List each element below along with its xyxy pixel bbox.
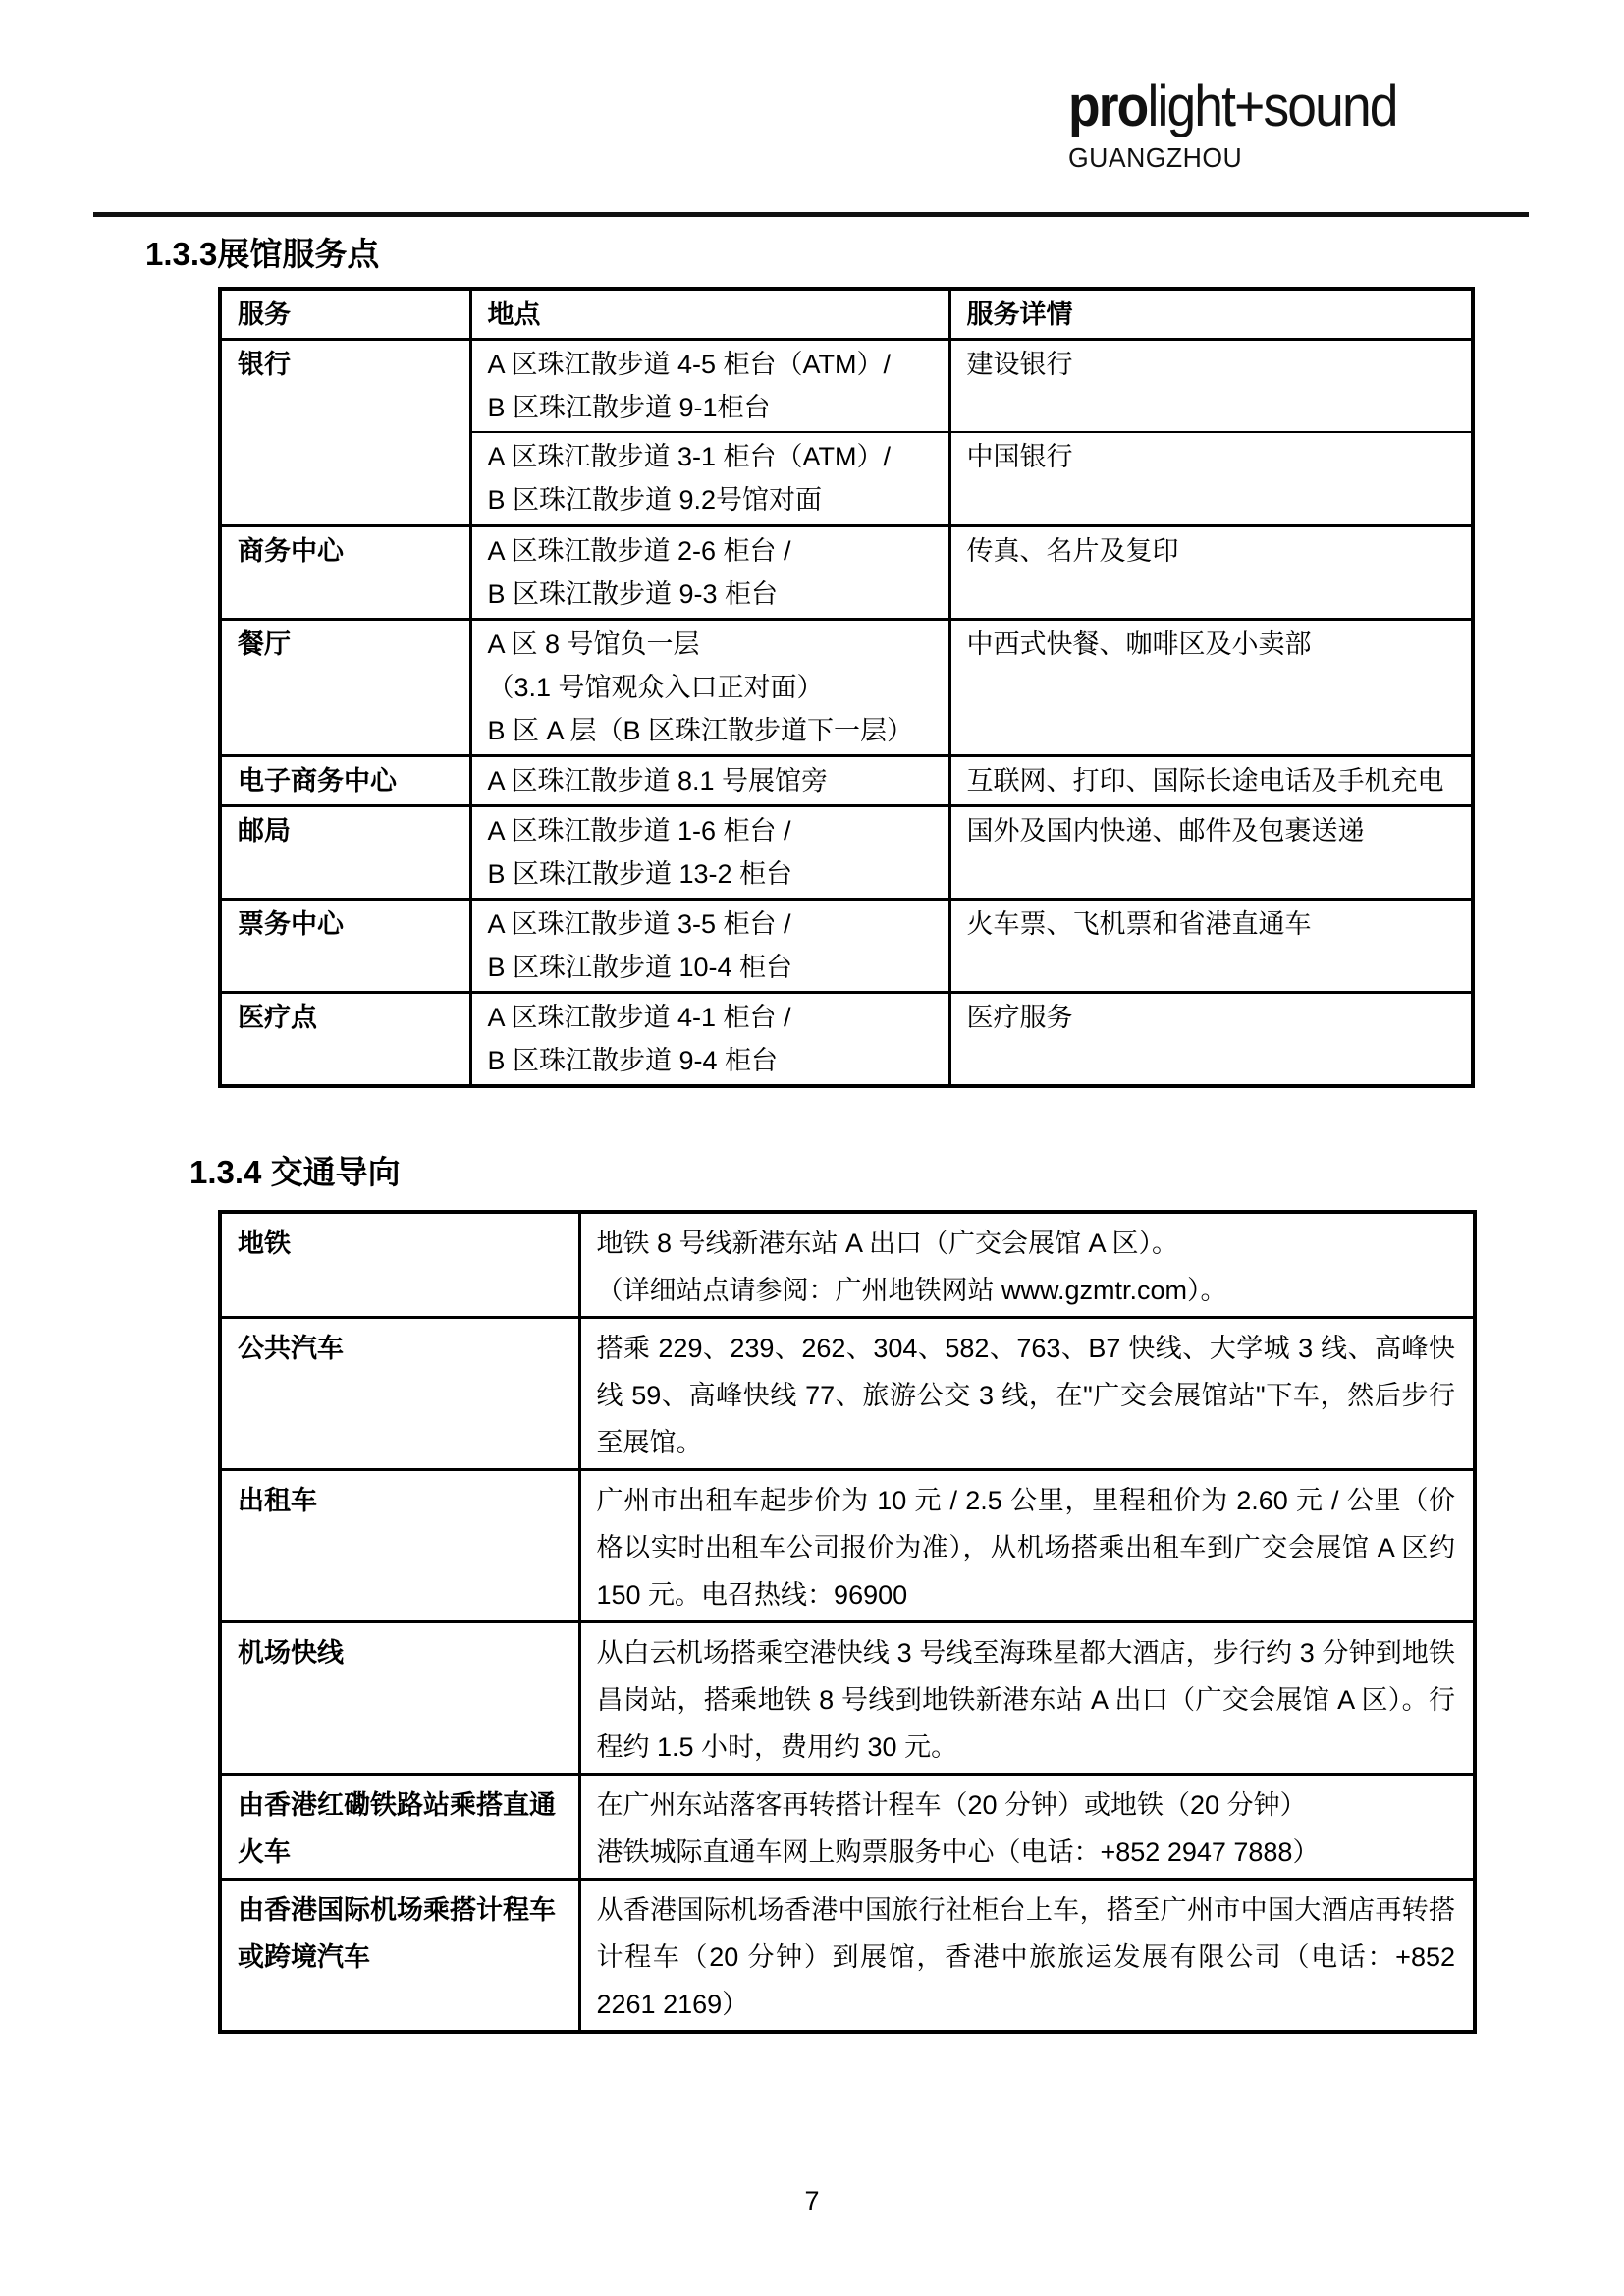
transport-mode-cell: 公共汽车 xyxy=(220,1318,579,1470)
transport-detail-cell: 搭乘 229、239、262、304、582、763、B7 快线、大学城 3 线… xyxy=(579,1318,1475,1470)
service-detail-cell: 医疗服务 xyxy=(949,992,1473,1086)
service-location-cell: A 区珠江散步道 8.1 号展馆旁 xyxy=(470,755,949,805)
service-detail-cell: 中西式快餐、咖啡区及小卖部 xyxy=(949,619,1473,755)
service-name-cell: 餐厅 xyxy=(220,619,470,755)
transport-detail-cell: 在广州东站落客再转搭计程车（20 分钟）或地铁（20 分钟） 港铁城际直通车网上… xyxy=(579,1775,1475,1880)
service-location-cell: A 区珠江散步道 3-5 柜台 / B 区珠江散步道 10-4 柜台 xyxy=(470,899,949,992)
services-table: 服务 地点 服务详情 银行 A 区珠江散步道 4-5 柜台（ATM）/ B 区珠… xyxy=(218,287,1475,1088)
transport-mode-cell: 由香港红磡铁路站乘搭直通 火车 xyxy=(220,1775,579,1880)
table-row-taxi: 出租车 广州市出租车起步价为 10 元 / 2.5 公里，里程租价为 2.60 … xyxy=(220,1470,1475,1622)
logo-wordmark-bold: pro xyxy=(1068,75,1147,138)
document-page: prolight+sound GUANGZHOU 1.3.3展馆服务点 服务 地… xyxy=(0,0,1624,2296)
service-detail-cell: 传真、名片及复印 xyxy=(949,525,1473,619)
table-row-business-center: 商务中心 A 区珠江散步道 2-6 柜台 / B 区珠江散步道 9-3 柜台 传… xyxy=(220,525,1473,619)
service-detail-cell: 互联网、打印、国际长途电话及手机充电 xyxy=(949,755,1473,805)
service-detail-cell: 中国银行 xyxy=(949,432,1473,525)
logo-wordmark: prolight+sound xyxy=(1068,79,1397,136)
service-detail-cell: 国外及国内快递、邮件及包裹送递 xyxy=(949,805,1473,899)
transport-detail-cell: 从香港国际机场香港中国旅行社柜台上车，搭至广州市中国大酒店再转搭计程车（20 分… xyxy=(579,1880,1475,2033)
table-row-metro: 地铁 地铁 8 号线新港东站 A 出口（广交会展馆 A 区）。 （详细站点请参阅… xyxy=(220,1212,1475,1318)
service-location-cell: A 区珠江散步道 4-1 柜台 / B 区珠江散步道 9-4 柜台 xyxy=(470,992,949,1086)
table-row-post-office: 邮局 A 区珠江散步道 1-6 柜台 / B 区珠江散步道 13-2 柜台 国外… xyxy=(220,805,1473,899)
table-row-restaurant: 餐厅 A 区 8 号馆负一层 （3.1 号馆观众入口正对面） B 区 A 层（B… xyxy=(220,619,1473,755)
service-name-cell: 邮局 xyxy=(220,805,470,899)
transport-detail-cell: 从白云机场搭乘空港快线 3 号线至海珠星都大酒店，步行约 3 分钟到地铁昌岗站，… xyxy=(579,1622,1475,1775)
transport-table: 地铁 地铁 8 号线新港东站 A 出口（广交会展馆 A 区）。 （详细站点请参阅… xyxy=(218,1210,1477,2034)
section-title-services: 1.3.3展馆服务点 xyxy=(145,229,379,275)
service-location-cell: A 区珠江散步道 3-1 柜台（ATM）/ B 区珠江散步道 9.2号馆对面 xyxy=(470,432,949,525)
service-detail-cell: 火车票、飞机票和省港直通车 xyxy=(949,899,1473,992)
service-name-cell: 电子商务中心 xyxy=(220,755,470,805)
transport-mode-cell: 地铁 xyxy=(220,1212,579,1318)
transport-detail-cell: 地铁 8 号线新港东站 A 出口（广交会展馆 A 区）。 （详细站点请参阅：广州… xyxy=(579,1212,1475,1318)
header-divider xyxy=(93,212,1529,217)
table-row-ecommerce-center: 电子商务中心 A 区珠江散步道 8.1 号展馆旁 互联网、打印、国际长途电话及手… xyxy=(220,755,1473,805)
table-row-bus: 公共汽车 搭乘 229、239、262、304、582、763、B7 快线、大学… xyxy=(220,1318,1475,1470)
service-location-cell: A 区珠江散步道 1-6 柜台 / B 区珠江散步道 13-2 柜台 xyxy=(470,805,949,899)
section-title-transport: 1.3.4 交通导向 xyxy=(189,1147,401,1193)
service-location-cell: A 区 8 号馆负一层 （3.1 号馆观众入口正对面） B 区 A 层（B 区珠… xyxy=(470,619,949,755)
transport-mode-cell: 出租车 xyxy=(220,1470,579,1622)
service-name-cell: 银行 xyxy=(220,340,470,526)
service-location-cell: A 区珠江散步道 2-6 柜台 / B 区珠江散步道 9-3 柜台 xyxy=(470,525,949,619)
service-detail-cell: 建设银行 xyxy=(949,340,1473,433)
table-row-ticket-center: 票务中心 A 区珠江散步道 3-5 柜台 / B 区珠江散步道 10-4 柜台 … xyxy=(220,899,1473,992)
service-name-cell: 票务中心 xyxy=(220,899,470,992)
col-header-location: 地点 xyxy=(470,289,949,340)
transport-detail-cell: 广州市出租车起步价为 10 元 / 2.5 公里，里程租价为 2.60 元 / … xyxy=(579,1470,1475,1622)
table-row-medical-point: 医疗点 A 区珠江散步道 4-1 柜台 / B 区珠江散步道 9-4 柜台 医疗… xyxy=(220,992,1473,1086)
col-header-detail: 服务详情 xyxy=(949,289,1473,340)
service-name-cell: 医疗点 xyxy=(220,992,470,1086)
table-row-airport-express: 机场快线 从白云机场搭乘空港快线 3 号线至海珠星都大酒店，步行约 3 分钟到地… xyxy=(220,1622,1475,1775)
logo-wordmark-light: light+sound xyxy=(1147,75,1396,138)
transport-mode-cell: 由香港国际机场乘搭计程车 或跨境汽车 xyxy=(220,1880,579,2033)
service-location-cell: A 区珠江散步道 4-5 柜台（ATM）/ B 区珠江散步道 9-1柜台 xyxy=(470,340,949,433)
table-row-hkairport-coach: 由香港国际机场乘搭计程车 或跨境汽车 从香港国际机场香港中国旅行社柜台上车，搭至… xyxy=(220,1880,1475,2033)
service-name-cell: 商务中心 xyxy=(220,525,470,619)
table-row-hunghom-train: 由香港红磡铁路站乘搭直通 火车 在广州东站落客再转搭计程车（20 分钟）或地铁（… xyxy=(220,1775,1475,1880)
services-header-row: 服务 地点 服务详情 xyxy=(220,289,1473,340)
col-header-service: 服务 xyxy=(220,289,470,340)
logo-city-label: GUANGZHOU xyxy=(1068,142,1408,174)
transport-mode-cell: 机场快线 xyxy=(220,1622,579,1775)
page-number: 7 xyxy=(0,2186,1624,2216)
header-logo: prolight+sound GUANGZHOU xyxy=(1068,79,1426,174)
table-row-bank-1: 银行 A 区珠江散步道 4-5 柜台（ATM）/ B 区珠江散步道 9-1柜台 … xyxy=(220,340,1473,433)
